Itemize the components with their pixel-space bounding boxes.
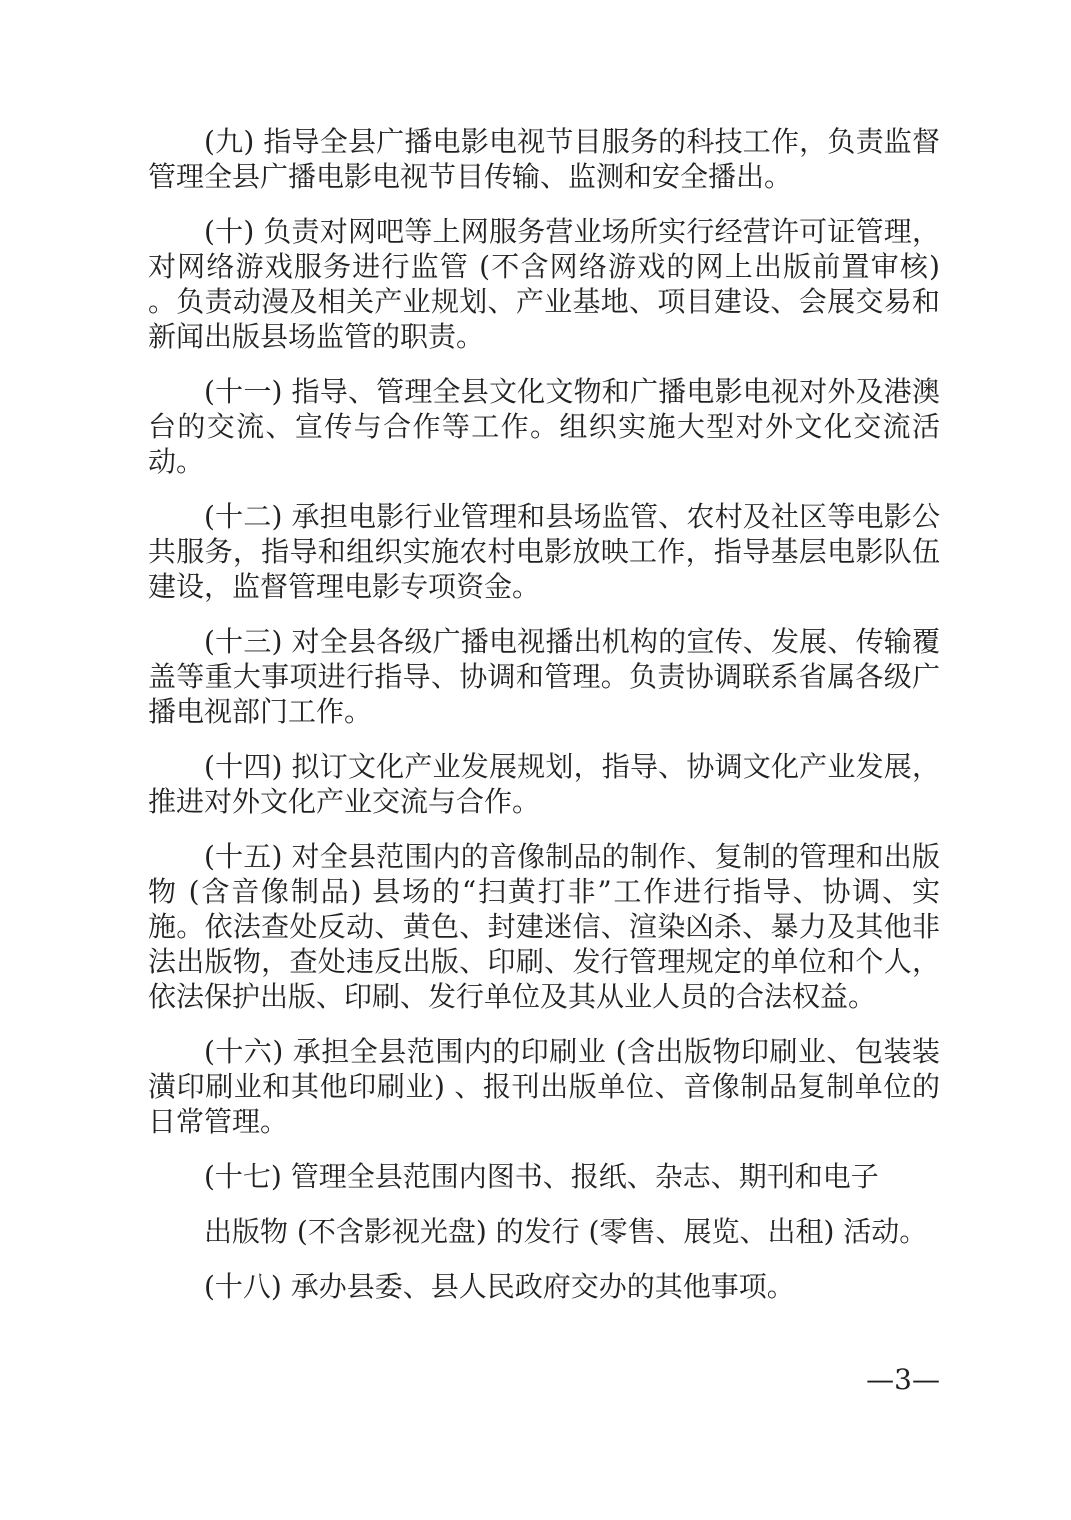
page-number: —3— bbox=[866, 1364, 940, 1396]
document-body: (九) 指导全县广播电影电视节目服务的科技工作，负责监督管理全县广播电影电视节目… bbox=[148, 124, 940, 1324]
paragraph-clause-9: (九) 指导全县广播电影电视节目服务的科技工作，负责监督管理全县广播电影电视节目… bbox=[148, 124, 940, 194]
paragraph-clause-13: (十三) 对全县各级广播电视播出机构的宣传、发展、传输覆盖等重大事项进行指导、协… bbox=[148, 624, 940, 729]
paragraph-clause-14: (十四) 拟订文化产业发展规划，指导、协调文化产业发展，推进对外文化产业交流与合… bbox=[148, 749, 940, 819]
paragraph-clause-18: (十八) 承办县委、县人民政府交办的其他事项。 bbox=[148, 1269, 940, 1304]
paragraph-clause-16: (十六) 承担全县范围内的印刷业 (含出版物印刷业、包装装潢印刷业和其他印刷业)… bbox=[148, 1034, 940, 1139]
document-page: (九) 指导全县广播电影电视节目服务的科技工作，负责监督管理全县广播电影电视节目… bbox=[0, 0, 1071, 1520]
paragraph-clause-11: (十一) 指导、管理全县文化文物和广播电影电视对外及港澳台的交流、宣传与合作等工… bbox=[148, 374, 940, 479]
paragraph-clause-17-continuation: 出版物 (不含影视光盘) 的发行 (零售、展览、出租) 活动。 bbox=[148, 1214, 940, 1249]
paragraph-clause-10: (十) 负责对网吧等上网服务营业场所实行经营许可证管理，对网络游戏服务进行监管 … bbox=[148, 214, 940, 354]
paragraph-clause-12: (十二) 承担电影行业管理和县场监管、农村及社区等电影公共服务，指导和组织实施农… bbox=[148, 499, 940, 604]
paragraph-clause-15: (十五) 对全县范围内的音像制品的制作、复制的管理和出版物 (含音像制品) 县场… bbox=[148, 839, 940, 1014]
paragraph-clause-17: (十七) 管理全县范围内图书、报纸、杂志、期刊和电子 bbox=[148, 1159, 940, 1194]
